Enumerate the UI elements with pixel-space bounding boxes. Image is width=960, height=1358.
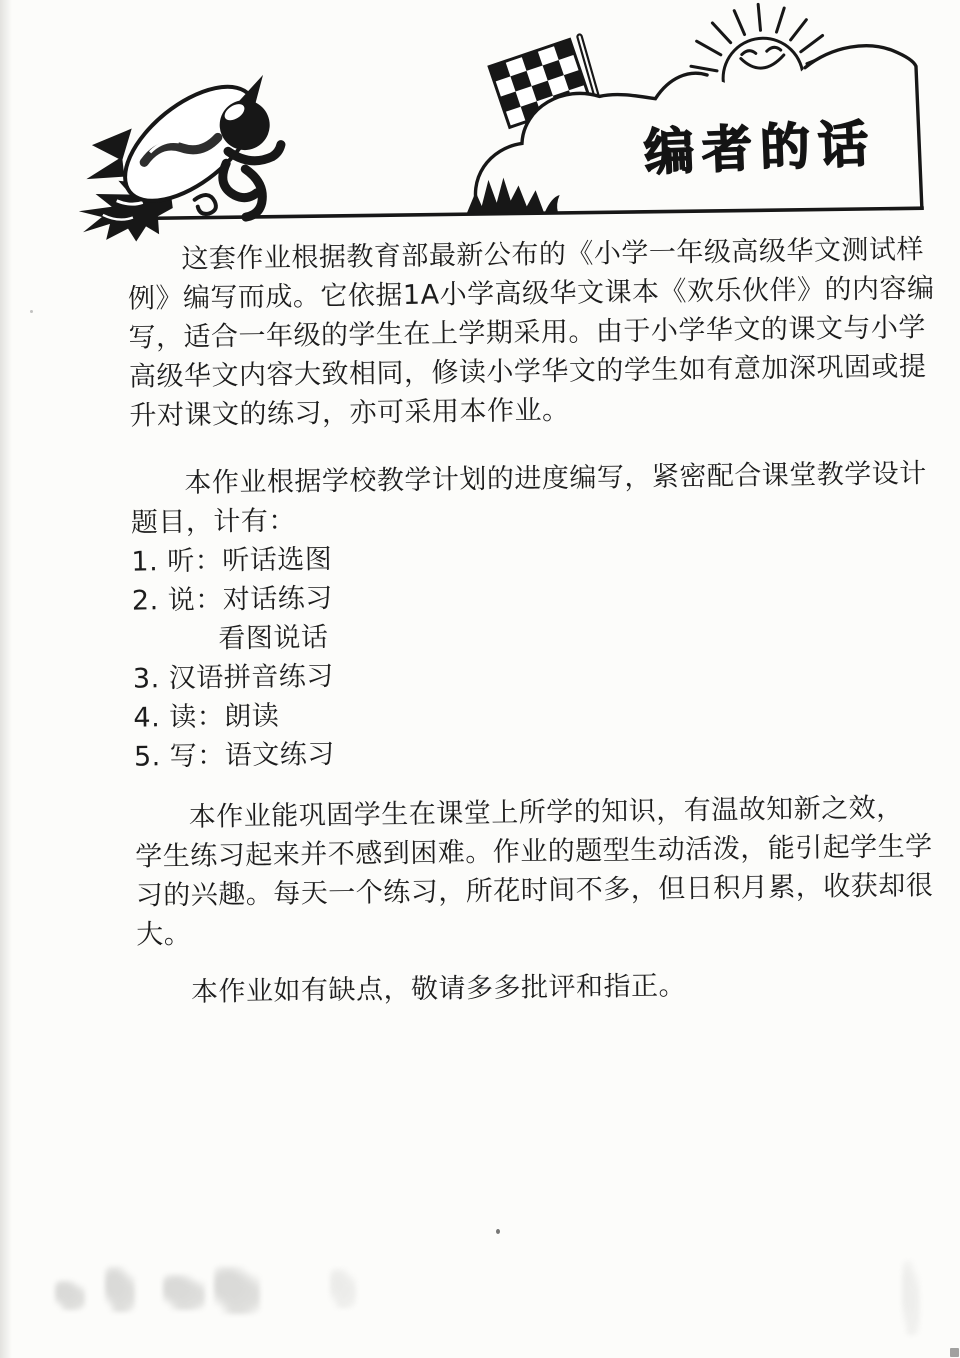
rocket-fin <box>86 157 124 179</box>
header-illustration-svg: 编者的话 <box>0 0 959 246</box>
scan-speck <box>30 310 33 313</box>
scanned-preface-page: 编者的话 这套作业根据教育部最新公布的《小学一年级高级华文测试样 例》编写而成。… <box>0 0 960 1358</box>
page-title: 编者的话 <box>643 115 877 182</box>
paragraph-4: 本作业如有缺点，敬请多多批评和指正。 <box>137 963 937 1012</box>
rocket-fin <box>92 129 132 162</box>
bleedthrough-mark <box>330 1268 356 1308</box>
bleedthrough-mark <box>902 1260 920 1335</box>
bleedthrough-mark <box>163 1274 205 1310</box>
rider-limbs <box>222 145 282 218</box>
bleedthrough-mark <box>55 1280 85 1310</box>
paragraph-2: 本作业根据学校教学计划的进度编写，紧密配合课堂教学设计 题目，计有： 1. 听：… <box>130 454 934 776</box>
bleedthrough-mark <box>105 1266 135 1312</box>
preface-body: 这套作业根据教育部最新公布的《小学一年级高级华文测试样 例》编写而成。它依据1A… <box>127 230 937 1012</box>
paragraph-1: 这套作业根据教育部最新公布的《小学一年级高级华文测试样 例》编写而成。它依据1A… <box>127 230 929 435</box>
scan-speck <box>950 1348 959 1357</box>
bleedthrough-mark <box>214 1266 260 1314</box>
rocket-with-rider-icon <box>77 64 282 242</box>
page-content: 编者的话 这套作业根据教育部最新公布的《小学一年级高级华文测试样 例》编写而成。… <box>0 0 960 1106</box>
paragraph-3: 本作业能巩固学生在课堂上所学的知识，有温故知新之效， 学生练习起来并不感到困难。… <box>134 788 936 954</box>
scan-speck <box>496 1229 500 1234</box>
header-illustration: 编者的话 <box>0 0 959 246</box>
text-line: 本作业如有缺点，敬请多多批评和指正。 <box>137 963 937 1012</box>
